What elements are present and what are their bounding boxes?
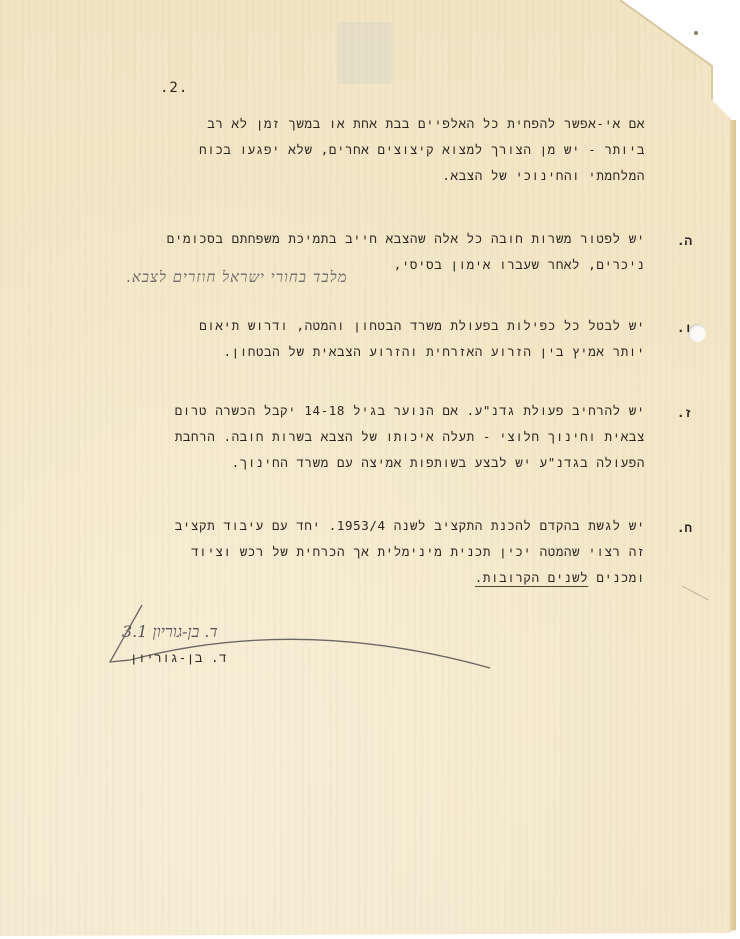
signature-stroke (0, 0, 740, 939)
typed-signature-name: ד. בן-גוריון (130, 650, 227, 666)
handwritten-signature: ד. בן-גוריון 3.1 (122, 622, 218, 642)
